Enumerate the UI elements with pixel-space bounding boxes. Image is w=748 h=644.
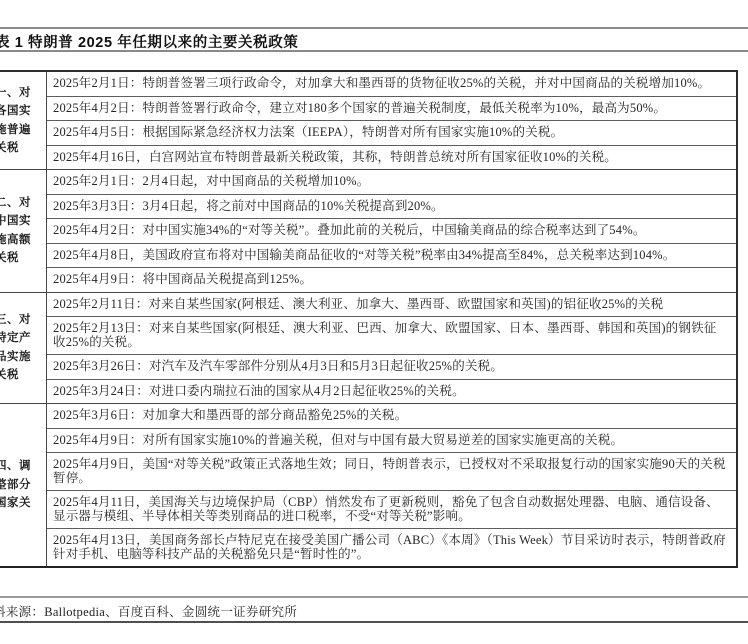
policy-row: 2025年4月11日，美国海关与边境保护局（CBP）悄然发布了更新税则，豁免了包… xyxy=(47,490,736,528)
section-china-tariffs: 二、对 中国实 施高额 关税 2025年2月1日：2月4日起，对中国商品的关税增… xyxy=(0,169,736,292)
section-rows: 2025年2月1日：特朗普签署三项行政命令，对加拿大和墨西哥的货物征收25%的关… xyxy=(47,72,736,169)
policy-row: 2025年4月8日，美国政府宣布将对中国输美商品征收的“对等关税”税率由34%提… xyxy=(47,243,736,268)
section-label: 四、调 整部分 国家关 xyxy=(0,457,31,513)
policy-row: 2025年2月1日：2月4日起，对中国商品的关税增加10%。 xyxy=(47,170,736,194)
policy-row: 2025年3月6日：对加拿大和墨西哥的部分商品豁免25%的关税。 xyxy=(47,404,736,428)
tariff-policy-table: 一、对 各国实 施普遍 关税 2025年2月1日：特朗普签署三项行政命令，对加拿… xyxy=(0,70,738,568)
page-title: 表 1 特朗普 2025 年任期以来的主要关税政策 xyxy=(0,31,298,52)
policy-row: 2025年3月26日：对汽车及汽车零部件分别从4月3日和5月3日起征收25%的关… xyxy=(47,354,736,379)
policy-row: 2025年4月9日，美国“对等关税”政策正式落地生效；同日，特朗普表示，已授权对… xyxy=(47,452,736,490)
section-label: 三、对 特定产 品实施 关税 xyxy=(0,311,31,385)
section-label-cell: 四、调 整部分 国家关 xyxy=(0,404,47,566)
section-label-cell: 二、对 中国实 施高额 关税 xyxy=(0,170,47,292)
policy-row: 2025年3月3日：3月4日起，将之前对中国商品的10%关税提高到20%。 xyxy=(47,194,736,219)
top-rule xyxy=(0,27,748,29)
policy-row: 2025年2月1日：特朗普签署三项行政命令，对加拿大和墨西哥的货物征收25%的关… xyxy=(47,72,736,96)
title-underline xyxy=(0,50,748,52)
policy-row: 2025年4月5日：根据国际紧急经济权力法案（IEEPA），特朗普对所有国家实施… xyxy=(47,120,736,145)
section-label: 一、对 各国实 施普遍 关税 xyxy=(0,84,31,158)
source-line: 料来源：Ballotpedia、百度百科、金圆统一证券研究所 xyxy=(0,602,297,620)
section-label-cell: 三、对 特定产 品实施 关税 xyxy=(0,293,47,404)
section-product-tariffs: 三、对 特定产 品实施 关税 2025年2月11日：对来自某些国家(阿根廷、澳大… xyxy=(0,292,736,404)
section-rows: 2025年2月11日：对来自某些国家(阿根廷、澳大利亚、加拿大、墨西哥、欧盟国家… xyxy=(47,293,736,404)
policy-row: 2025年2月13日：对来自某些国家(阿根廷、澳大利亚、巴西、加拿大、欧盟国家、… xyxy=(47,316,736,354)
section-tariff-adjustments: 四、调 整部分 国家关 2025年3月6日：对加拿大和墨西哥的部分商品豁免25%… xyxy=(0,403,736,566)
policy-row: 2025年4月16日，白宫网站宣布特朗普最新关税政策，其称，特朗普总统对所有国家… xyxy=(47,145,736,170)
section-rows: 2025年3月6日：对加拿大和墨西哥的部分商品豁免25%的关税。 2025年4月… xyxy=(47,404,736,566)
footer-top-rule xyxy=(0,596,748,598)
section-label: 二、对 中国实 施高额 关税 xyxy=(0,194,31,268)
policy-row: 2025年4月9日：将中国商品关税提高到125%。 xyxy=(47,267,736,292)
policy-row: 2025年2月11日：对来自某些国家(阿根廷、澳大利亚、加拿大、墨西哥、欧盟国家… xyxy=(47,293,736,317)
section-rows: 2025年2月1日：2月4日起，对中国商品的关税增加10%。 2025年3月3日… xyxy=(47,170,736,292)
footer-bottom-rule xyxy=(0,621,748,623)
policy-row: 2025年4月13日，美国商务部长卢特尼克在接受美国广播公司（ABC）《本周》（… xyxy=(47,528,736,566)
policy-row: 2025年3月24日：对进口委内瑞拉石油的国家从4月2日起征收25%的关税。 xyxy=(47,379,736,404)
policy-row: 2025年4月2日：特朗普签署行政命令，建立对180多个国家的普遍关税制度，最低… xyxy=(47,96,736,121)
policy-row: 2025年4月9日：对所有国家实施10%的普遍关税，但对与中国有最大贸易逆差的国… xyxy=(47,428,736,453)
section-label-cell: 一、对 各国实 施普遍 关税 xyxy=(0,72,47,169)
policy-row: 2025年4月2日：对中国实施34%的“对等关税”。叠加此前的关税后，中国输美商… xyxy=(47,218,736,243)
section-universal-tariffs: 一、对 各国实 施普遍 关税 2025年2月1日：特朗普签署三项行政命令，对加拿… xyxy=(0,72,736,169)
